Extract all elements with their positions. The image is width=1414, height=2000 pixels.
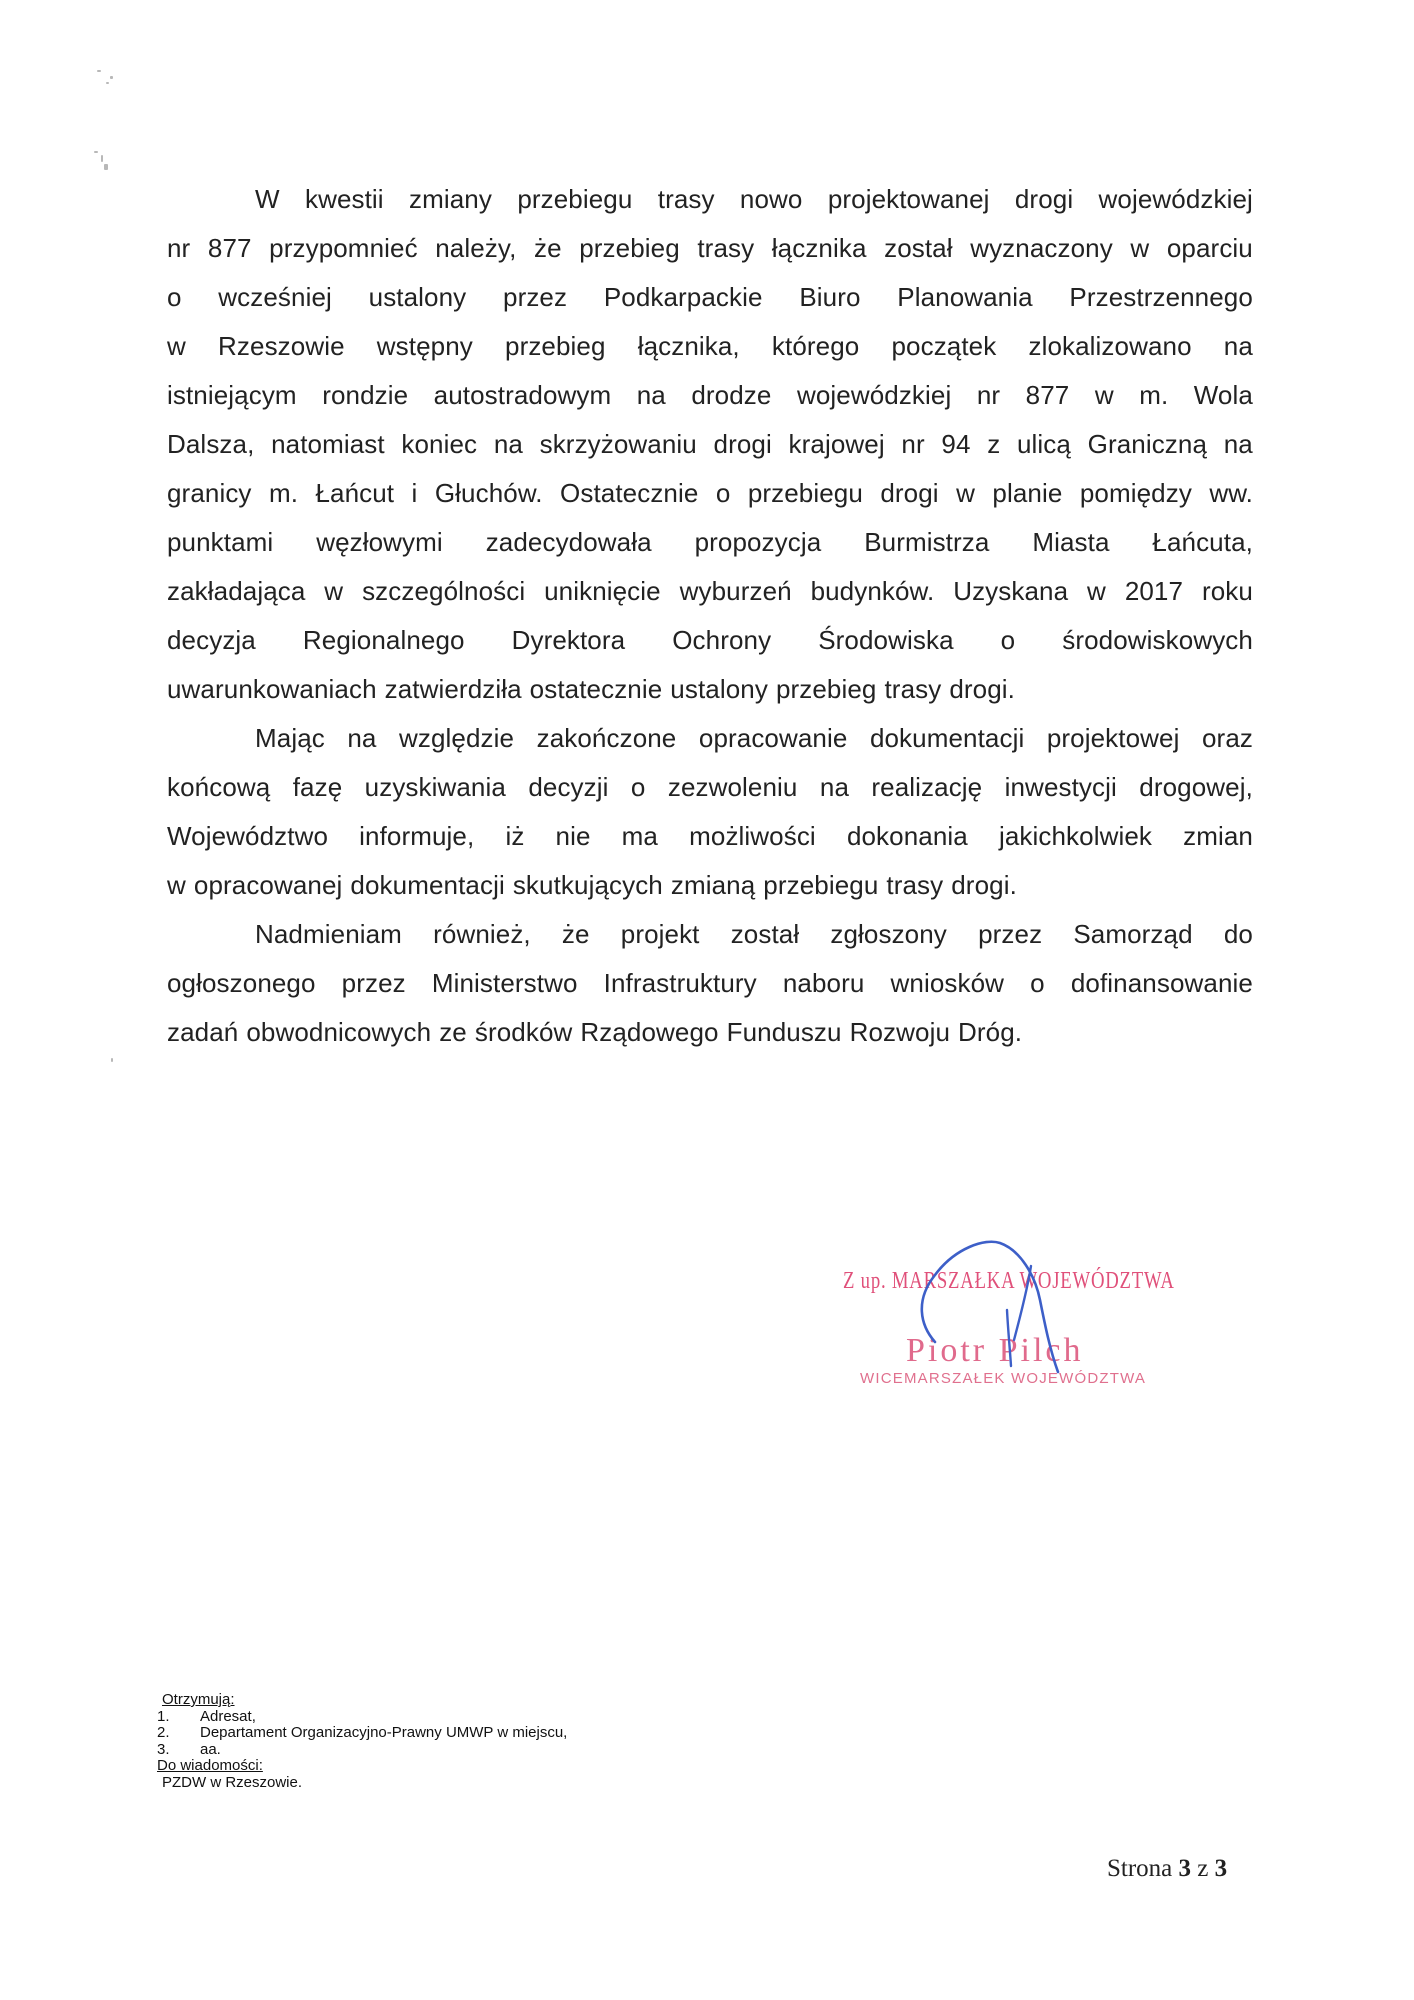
text-line: Mającnawzględziezakończoneopracowaniedok… — [167, 714, 1253, 763]
scan-speck — [110, 76, 113, 79]
letter-body: Wkwestiizmianyprzebiegutrasynowoprojekto… — [167, 175, 1253, 1057]
document-page: Wkwestiizmianyprzebiegutrasynowoprojekto… — [0, 0, 1414, 2000]
text-line: decyzjaRegionalnegoDyrektoraOchronyŚrodo… — [167, 616, 1253, 665]
paragraph-3: Nadmieniamrównież,żeprojektzostałzgłoszo… — [167, 910, 1253, 1057]
page-current: 3 — [1179, 1855, 1192, 1882]
text-line: Wkwestiizmianyprzebiegutrasynowoprojekto… — [167, 175, 1253, 224]
recipient-number: 3. — [157, 1742, 200, 1759]
scan-speck — [104, 164, 108, 170]
scan-speck — [97, 70, 101, 72]
text-line: zadańobwodnicowychześrodkówRządowegoFund… — [167, 1008, 1253, 1057]
recipient-text: aa. — [200, 1742, 221, 1759]
page-total: 3 — [1215, 1855, 1228, 1882]
scan-speck — [106, 82, 109, 84]
text-line: istniejącymrondzieautostradowymnadrodzew… — [167, 371, 1253, 420]
page-number: Strona 3 z 3 — [1107, 1855, 1227, 1883]
page-separator: z — [1197, 1855, 1208, 1882]
handwritten-signature — [900, 1225, 1100, 1395]
cc-heading: Do wiadomości: — [157, 1758, 567, 1775]
distribution-list: Otrzymują: 1. Adresat, 2. Departament Or… — [157, 1692, 567, 1791]
text-line: wRzeszowiewstępnyprzebiegłącznika,któreg… — [167, 322, 1253, 371]
stamp-signatory-title: WICEMARSZAŁEK WOJEWÓDZTWA — [860, 1370, 1146, 1387]
recipient-item: 1. Adresat, — [157, 1709, 567, 1726]
recipient-number: 2. — [157, 1725, 200, 1742]
text-line: punktamiwęzłowymizadecydowałapropozycjaB… — [167, 518, 1253, 567]
text-line: Województwoinformuje,iżniemamożliwoścido… — [167, 812, 1253, 861]
text-line: wopracowanejdokumentacjiskutkującychzmia… — [167, 861, 1253, 910]
paragraph-1: Wkwestiizmianyprzebiegutrasynowoprojekto… — [167, 175, 1253, 714]
cc-recipient: PZDW w Rzeszowie. — [157, 1775, 567, 1792]
recipient-item: 2. Departament Organizacyjno-Prawny UMWP… — [157, 1725, 567, 1742]
paragraph-2: Mającnawzględziezakończoneopracowaniedok… — [167, 714, 1253, 910]
recipient-text: Departament Organizacyjno-Prawny UMWP w … — [200, 1725, 567, 1742]
recipient-item: 3. aa. — [157, 1742, 567, 1759]
text-line: nr877przypomniećnależy,żeprzebiegtrasyłą… — [167, 224, 1253, 273]
scan-speck — [101, 155, 103, 162]
stamp-signatory-name: Piotr Pilch — [906, 1332, 1084, 1370]
text-line: zakładającawszczególnościuniknięciewybur… — [167, 567, 1253, 616]
scan-speck — [111, 1058, 113, 1062]
text-line: ogłoszonegoprzezMinisterstwoInfrastruktu… — [167, 959, 1253, 1008]
stamp-authority-line: Z up. MARSZAŁKA WOJEWÓDZTWA — [843, 1268, 1155, 1295]
recipient-text: Adresat, — [200, 1709, 256, 1726]
text-line: Nadmieniamrównież,żeprojektzostałzgłoszo… — [167, 910, 1253, 959]
scan-speck — [94, 151, 98, 153]
text-line: owcześniejustalonyprzezPodkarpackieBiuro… — [167, 273, 1253, 322]
text-line: Dalsza,natomiastkoniecnaskrzyżowaniudrog… — [167, 420, 1253, 469]
recipient-number: 1. — [157, 1709, 200, 1726]
recipients-heading: Otrzymują: — [157, 1692, 567, 1709]
text-line: końcowąfazęuzyskiwaniadecyzjiozezwoleniu… — [167, 763, 1253, 812]
page-label: Strona — [1107, 1855, 1172, 1882]
text-line: uwarunkowaniachzatwierdziłaostatecznieus… — [167, 665, 1253, 714]
text-line: granicym.ŁańcutiGłuchów.Ostatecznieoprze… — [167, 469, 1253, 518]
